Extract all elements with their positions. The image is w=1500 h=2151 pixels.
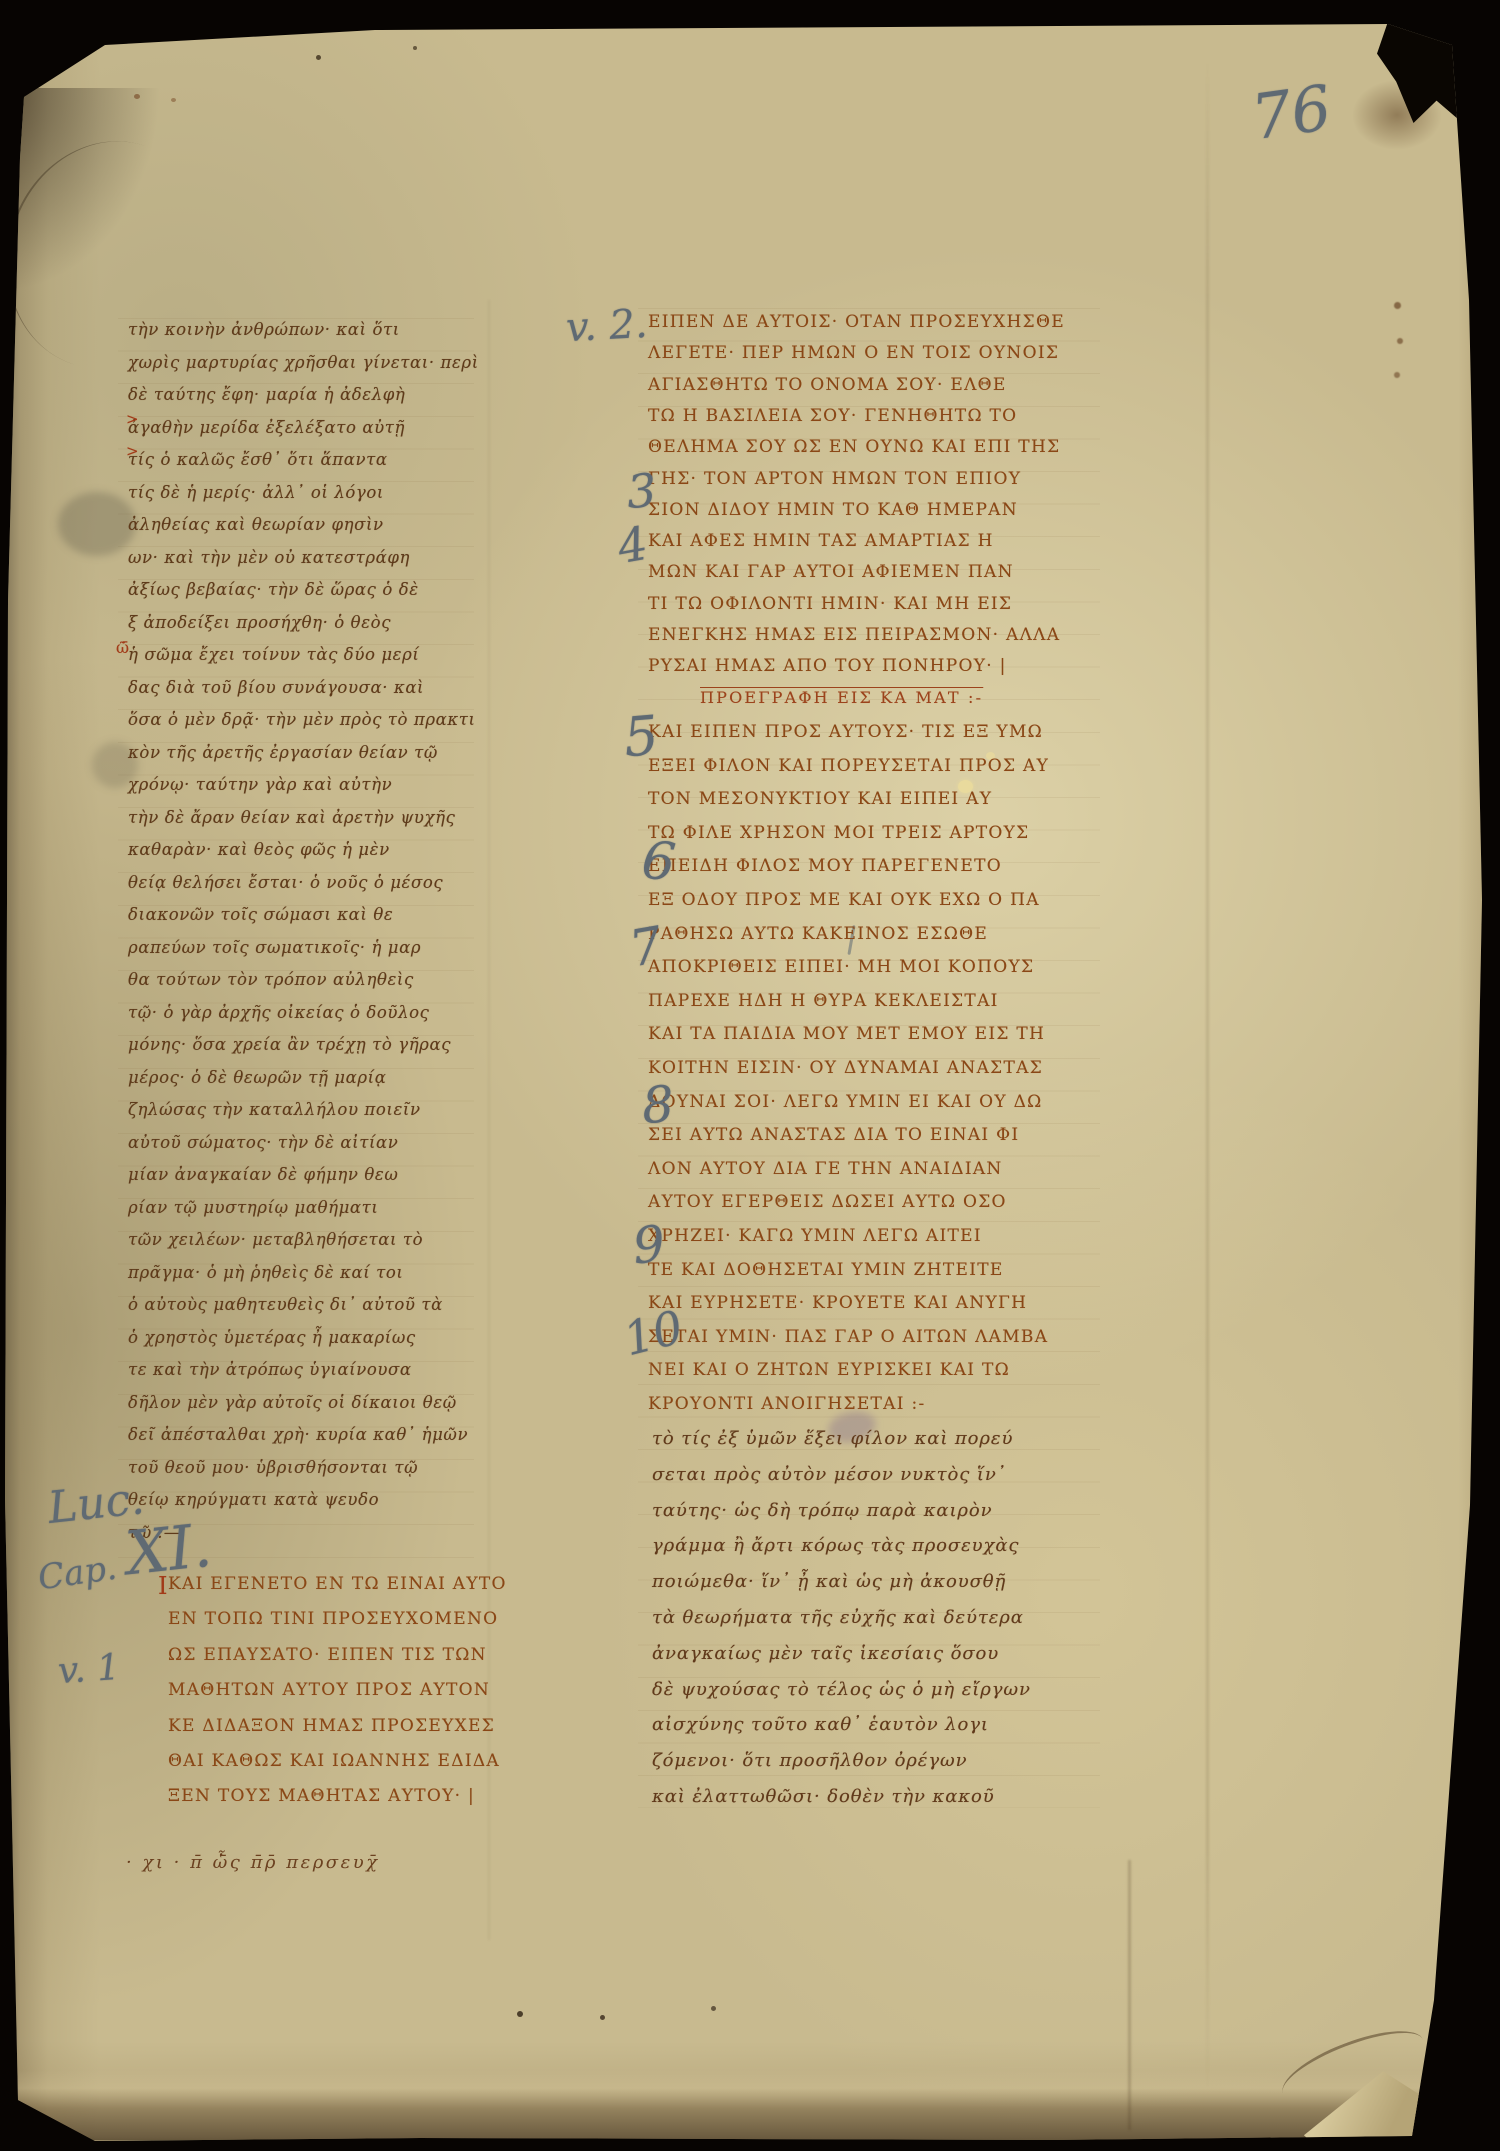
manuscript-line: χωρὶς μαρτυρίας χρῆσθαι γίνεται· περὶ	[128, 353, 479, 372]
manuscript-line: ΕΠΕΙΔΗ ΦΙΛΟΣ ΜΟΥ ΠΑΡΕΓΕΝΕΤΟ	[648, 856, 1002, 876]
pencil-annotation: 8	[640, 1079, 675, 1131]
manuscript-line: θα τούτων τὸν τρόπον αὐληθεὶς	[128, 970, 414, 989]
manuscript-line: τὰ θεωρήματα τῆς εὐχῆς καὶ δεύτερα	[652, 1607, 1024, 1628]
manuscript-line: αὐτοῦ σώματος· τὴν δὲ αἰτίαν	[128, 1133, 398, 1152]
manuscript-line: ΜΩΝ ΚΑΙ ΓΑΡ ΑΥΤΟΙ ΑΦΙΕΜΕΝ ΠΑΝ	[648, 562, 1014, 582]
manuscript-line: μέρος· ὁ δὲ θεωρῶν τῇ μαρίᾳ	[128, 1068, 386, 1087]
manuscript-line: δῆλον μὲν γὰρ αὐτοῖς οἱ δίκαιοι θεῷ	[128, 1393, 457, 1412]
manuscript-line: ΚΑΙ ΕΙΠΕΝ ΠΡΟΣ ΑΥΤΟΥΣ· ΤΙΣ ΕΞ ΥΜΩ	[648, 722, 1043, 742]
manuscript-line: γράμμα ἢ ἄρτι κόρως τὰς προσευχὰς	[652, 1535, 1019, 1556]
pencil-annotation: 9	[631, 1219, 667, 1272]
pencil-annotation: v. 1	[57, 1650, 121, 1690]
pencil-annotation: 6	[639, 834, 677, 889]
manuscript-line: δεῖ ἀπέσταλθαι χρὴ· κυρία καθ᾽ ἡμῶν	[128, 1425, 468, 1444]
manuscript-line: σεται πρὸς αὐτὸν μέσον νυκτὸς ἵν᾽	[652, 1464, 1007, 1485]
manuscript-line: ΕΞ ΟΔΟΥ ΠΡΟΣ ΜΕ ΚΑΙ ΟΥΚ ΕΧΩ Ο ΠΑ	[648, 890, 1040, 910]
manuscript-line: ἀξίως βεβαίας· τὴν δὲ ὥρας ὁ δὲ	[128, 580, 419, 599]
manuscript-line: ΤΟΝ ΜΕΣΟΝΥΚΤΙΟΥ ΚΑΙ ΕΙΠΕΙ ΑΥ	[648, 789, 992, 809]
manuscript-line: ρίαν τῷ μυστηρίῳ μαθήματι	[128, 1198, 378, 1217]
manuscript-line: πρᾶγμα· ὁ μὴ ῥηθεὶς δὲ καί τοι	[128, 1263, 404, 1282]
manuscript-line: τοῦ θεοῦ μου· ὑβρισθήσονται τῷ	[128, 1458, 418, 1477]
manuscript-line: ΚΑΙ ΕΓΕΝΕΤΟ ΕΝ ΤΩ ΕΙΝΑΙ ΑΥΤΟ	[168, 1574, 507, 1594]
manuscript-line: ΜΑΘΗΤΩΝ ΑΥΤΟΥ ΠΡΟΣ ΑΥΤΟΝ	[168, 1680, 490, 1700]
manuscript-line: ΑΓΙΑΣΘΗΤΩ ΤΟ ΟΝΟΜΑ ΣΟΥ· ΕΛΘΕ	[648, 375, 1007, 395]
manuscript-line: καθαρὰν· καὶ θεὸς φῶς ἡ μὲν	[128, 840, 390, 859]
manuscript-line: ΞΕΝ ΤΟΥΣ ΜΑΘΗΤΑΣ ΑΥΤΟΥ· |	[168, 1786, 475, 1806]
manuscript-line: ἀληθείας καὶ θεωρίαν φησὶν	[128, 515, 384, 534]
red-ink-mark: >	[126, 412, 139, 427]
pencil-annotation: XI.	[123, 1516, 214, 1585]
manuscript-line: μίαν ἀναγκαίαν δὲ φήμην θεω	[128, 1165, 398, 1184]
manuscript-line: ἀγαθὴν μερίδα ἐξελέξατο αὐτῇ	[128, 418, 405, 437]
manuscript-line: ταύτης· ὡς δὴ τρόπῳ παρὰ καιρὸν	[652, 1500, 992, 1521]
pencil-annotation: 10	[619, 1304, 687, 1363]
manuscript-line: ΛΟΝ ΑΥΤΟΥ ΔΙΑ ΓΕ ΤΗΝ ΑΝΑΙΔΙΑΝ	[648, 1159, 1003, 1179]
manuscript-line: ΑΥΤΟΥ ΕΓΕΡΘΕΙΣ ΔΩΣΕΙ ΑΥΤΩ ΟΣΟ	[648, 1192, 1007, 1212]
manuscript-line: ΘΑΙ ΚΑΘΩΣ ΚΑΙ ΙΩΑΝΝΗΣ ΕΔΙΔΑ	[168, 1751, 500, 1771]
manuscript-line: δὲ ταύτης ἔφη· μαρία ἡ ἀδελφὴ	[128, 385, 405, 404]
manuscript-line: δὲ ψυχούσας τὸ τέλος ὡς ὁ μὴ εἴργων	[652, 1679, 1031, 1700]
manuscript-line: ΡΑΘΗΣΩ ΑΥΤΩ ΚΑΚΕΙΝΟΣ ΕΣΩΘΕ	[648, 924, 988, 944]
manuscript-line: ΕΙΠΕΝ ΔΕ ΑΥΤΟΙΣ· ΟΤΑΝ ΠΡΟΣΕΥΧΗΣΘΕ	[648, 312, 1065, 332]
vertical-crease	[1128, 1860, 1131, 2130]
pencil-annotation: Cap.	[36, 1551, 119, 1596]
manuscript-line: διακονῶν τοῖς σώμασι καὶ θε	[128, 905, 393, 924]
manuscript-line: ΤΙ ΤΩ ΟΦΙΛΟΝΤΙ ΗΜΙΝ· ΚΑΙ ΜΗ ΕΙΣ	[648, 594, 1012, 614]
manuscript-line: ΚΑΙ ΤΑ ΠΑΙΔΙΑ ΜΟΥ ΜΕΤ ΕΜΟΥ ΕΙΣ ΤΗ	[648, 1024, 1045, 1044]
manuscript-line: ων· καὶ τὴν μὲν οὐ κατεστράφη	[128, 548, 410, 567]
manuscript-line: ὁ αὐτοὺς μαθητευθεὶς δι᾽ αὐτοῦ τὰ	[128, 1295, 443, 1314]
manuscript-line: τὴν κοινὴν ἀνθρώπων· καὶ ὅτι	[128, 320, 400, 339]
manuscript-line: τὴν δὲ ἄραν θείαν καὶ ἀρετὴν ψυχῆς	[128, 808, 455, 827]
stain	[711, 2006, 716, 2011]
page-bottom-edge-shading	[0, 2070, 1500, 2140]
manuscript-line: καὶ ἐλαττωθῶσι· δοθὲν τὴν κακοῦ	[652, 1786, 995, 1807]
manuscript-line: ΤΩ Η ΒΑΣΙΛΕΙΑ ΣΟΥ· ΓΕΝΗΘΗΤΩ ΤΟ	[648, 406, 1017, 426]
manuscript-page: τὴν κοινὴν ἀνθρώπων· καὶ ὅτιχωρὶς μαρτυρ…	[0, 0, 1500, 2151]
manuscript-line: ΠΑΡΕΧΕ ΗΔΗ Η ΘΥΡΑ ΚΕΚΛΕΙΣΤΑΙ	[648, 991, 999, 1011]
stain	[1394, 372, 1400, 378]
manuscript-line: ΤΕ ΚΑΙ ΔΟΘΗΣΕΤΑΙ ΥΜΙΝ ΖΗΤΕΙΤΕ	[648, 1260, 1004, 1280]
manuscript-line: θείᾳ θελήσει ἔσται· ὁ νοῦς ὁ μέσος	[128, 873, 443, 892]
red-ink-mark: >	[126, 444, 139, 459]
pencil-annotation: 5	[622, 709, 661, 766]
red-ink-mark: Ι	[158, 1574, 167, 1598]
manuscript-line: ΚΑΙ ΑΦΕΣ ΗΜΙΝ ΤΑΣ ΑΜΑΡΤΙΑΣ Η	[648, 531, 994, 551]
pencil-annotation: 76	[1248, 77, 1335, 149]
pencil-annotation: 3	[625, 467, 657, 515]
manuscript-line: ΚΑΙ ΕΥΡΗΣΕΤΕ· ΚΡΟΥΕΤΕ ΚΑΙ ΑΝΥΓΗ	[648, 1293, 1027, 1313]
manuscript-line: ἀναγκαίως μὲν ταῖς ἱκεσίαις ὅσου	[652, 1643, 999, 1664]
manuscript-line: ὅσα ὁ μὲν δρᾷ· τὴν μὲν πρὸς τὸ πρακτι	[128, 710, 476, 729]
manuscript-line: ζηλώσας τὴν καταλλήλου ποιεῖν	[128, 1100, 421, 1119]
smudge	[58, 492, 136, 556]
stain	[134, 94, 140, 99]
manuscript-line: κὸν τῆς ἀρετῆς ἐργασίαν θείαν τῷ	[128, 743, 438, 762]
pencil-annotation: v. 2.	[565, 304, 648, 348]
manuscript-line: ζόμενοι· ὅτι προσῆλθον ὀρέγων	[652, 1750, 967, 1771]
manuscript-line: ΝΕΙ ΚΑΙ Ο ΖΗΤΩΝ ΕΥΡΙΣΚΕΙ ΚΑΙ ΤΩ	[648, 1360, 1010, 1380]
manuscript-line: τῷ· ὁ γὰρ ἀρχῆς οἰκείας ὁ δοῦλος	[128, 1003, 430, 1022]
manuscript-line: ΛΕΓΕΤΕ· ΠΕΡ ΗΜΩΝ Ο ΕΝ ΤΟΙΣ ΟΥΝΟΙΣ	[648, 343, 1059, 363]
manuscript-line: χρόνῳ· ταύτην γὰρ καὶ αὐτὴν	[128, 775, 392, 794]
manuscript-line: ραπεύων τοῖς σωματικοῖς· ἡ μαρ	[128, 938, 421, 957]
manuscript-line: ΩΣ ΕΠΑΥΣΑΤΟ· ΕΙΠΕΝ ΤΙΣ ΤΩΝ	[168, 1645, 487, 1665]
manuscript-line: ΣΕΙ ΑΥΤΩ ΑΝΑΣΤΑΣ ΔΙΑ ΤΟ ΕΙΝΑΙ ΦΙ	[648, 1125, 1019, 1145]
stain	[1394, 302, 1401, 309]
manuscript-line: ΘΕΛΗΜΑ ΣΟΥ ΩΣ ΕΝ ΟΥΝΩ ΚΑΙ ΕΠΙ ΤΗΣ	[648, 437, 1060, 457]
manuscript-line: ΕΝΕΓΚΗΣ ΗΜΑΣ ΕΙΣ ΠΕΙΡΑΣΜΟΝ· ΑΛΛΑ	[648, 625, 1060, 645]
manuscript-line: ἡ σῶμα ἔχει τοίνυν τὰς δύο μερί	[128, 645, 420, 664]
manuscript-line: ξ ἀποδείξει προσήχθη· ὁ θεὸς	[128, 613, 391, 632]
manuscript-line: ΚΕ ΔΙΔΑΞΟΝ ΗΜΑΣ ΠΡΟΣΕΥΧΕΣ	[168, 1716, 495, 1736]
manuscript-line: αἰσχύνης τοῦτο καθ᾽ ἑαυτὸν λογι	[652, 1714, 989, 1735]
stain	[171, 98, 176, 102]
red-ink-mark: ῶ̄	[116, 640, 129, 656]
stain	[1397, 338, 1403, 344]
manuscript-line: ποιώμεθα· ἵν᾽ ᾖ καὶ ὡς μὴ ἀκουσθῇ	[652, 1571, 1006, 1592]
manuscript-line: μόνης· ὅσα χρεία ἂν τρέχῃ τὸ γῆρας	[128, 1035, 451, 1054]
manuscript-line: ΣΙΟΝ ΔΙΔΟΥ ΗΜΙΝ ΤΟ ΚΑΘ ΗΜΕΡΑΝ	[648, 500, 1018, 520]
manuscript-line: ὁ χρηστὸς ὑμετέρας ἦ μακαρίως	[128, 1328, 416, 1347]
stain	[413, 46, 417, 50]
manuscript-line: ΚΡΟΥΟΝΤΙ ΑΝΟΙΓΗΣΕΤΑΙ :-	[648, 1394, 926, 1414]
manuscript-line: ΚΟΙΤΗΝ ΕΙΣΙΝ· ΟΥ ΔΥΝΑΜΑΙ ΑΝΑΣΤΑΣ	[648, 1058, 1043, 1078]
manuscript-line: θείῳ κηρύγματι κατὰ ψευδο	[128, 1490, 379, 1509]
manuscript-line: δας διὰ τοῦ βίου συνάγουσα· καὶ	[128, 678, 424, 697]
manuscript-line: ΔΟΥΝΑΙ ΣΟΙ· ΛΕΓΩ ΥΜΙΝ ΕΙ ΚΑΙ ΟΥ ΔΩ	[648, 1092, 1043, 1112]
vertical-crease	[1206, 60, 1209, 2090]
manuscript-line: ΕΝ ΤΟΠΩ ΤΙΝΙ ΠΡΟΣΕΥΧΟΜΕΝΟ	[168, 1609, 498, 1629]
manuscript-line: ΡΥΣΑΙ ΗΜΑΣ ΑΠΟ ΤΟΥ ΠΟΝΗΡΟΥ· |	[648, 656, 1007, 676]
stain	[600, 2015, 605, 2020]
photo-background: τὴν κοινὴν ἀνθρώπων· καὶ ὅτιχωρὶς μαρτυρ…	[0, 0, 1500, 2151]
manuscript-line: τίς δὲ ἡ μερίς· ἀλλ᾽ οἱ λόγοι	[128, 483, 384, 502]
manuscript-line: τίς ὁ καλῶς ἔσθ᾽ ὅτι ἅπαντα	[128, 450, 388, 469]
manuscript-line: τὸ τίς ἐξ ὑμῶν ἕξει φίλον καὶ πορεύ	[652, 1428, 1013, 1449]
stain	[517, 2011, 523, 2017]
manuscript-line: ΣΕΤΑΙ ΥΜΙΝ· ΠΑΣ ΓΑΡ Ο ΑΙΤΩΝ ΛΑΜΒΑ	[648, 1327, 1048, 1347]
manuscript-line: ΑΠΟΚΡΙΘΕΙΣ ΕΙΠΕΙ· ΜΗ ΜΟΙ ΚΟΠΟΥΣ	[648, 957, 1034, 977]
manuscript-line: ΧΡΗΖΕΙ· ΚΑΓΩ ΥΜΙΝ ΛΕΓΩ ΑΙΤΕΙ	[648, 1226, 982, 1246]
manuscript-line: τε καὶ τὴν ἀτρόπως ὑγιαίνουσα	[128, 1360, 412, 1379]
rubric-line: ΠΡΟΕΓΡΑΦΗ ΕΙΣ ΚΑ ΜΑΤ :-	[700, 688, 983, 707]
stain	[316, 55, 321, 60]
kephalaion-title-note: · χι · π̄ ὧ̄ς π̄ρ̄ περσευχ̄	[126, 1852, 380, 1873]
manuscript-line: ΤΩ ΦΙΛΕ ΧΡΗΣΟΝ ΜΟΙ ΤΡΕΙΣ ΑΡΤΟΥΣ	[648, 823, 1030, 843]
manuscript-line: ΕΞΕΙ ΦΙΛΟΝ ΚΑΙ ΠΟΡΕΥΣΕΤΑΙ ΠΡΟΣ ΑΥ	[648, 756, 1049, 776]
manuscript-line: ΓΗΣ· ΤΟΝ ΑΡΤΟΝ ΗΜΩΝ ΤΟΝ ΕΠΙΟΥ	[648, 469, 1021, 489]
manuscript-line: τῶν χειλέων· μεταβληθήσεται τὸ	[128, 1230, 423, 1249]
